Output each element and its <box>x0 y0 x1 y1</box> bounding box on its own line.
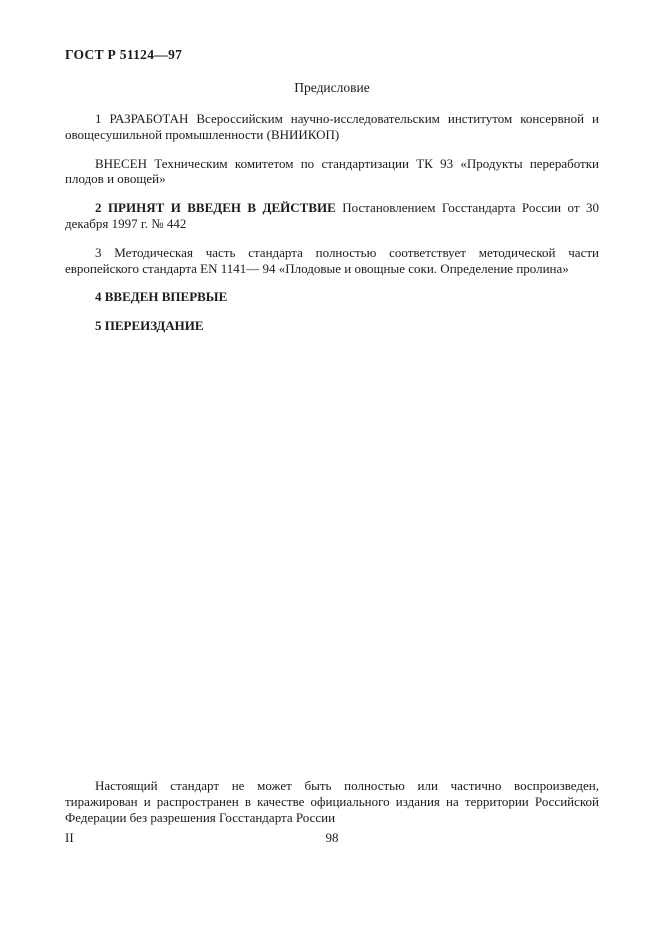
page-footer: II 98 <box>65 830 599 845</box>
page-bottom-block: Настоящий стандарт не может быть полност… <box>65 778 599 845</box>
paragraph-vveden-vpervye: 4 ВВЕДЕН ВПЕРВЫЕ <box>65 289 599 305</box>
paragraph-lead: 4 ВВЕДЕН ВПЕРВЫЕ <box>95 289 227 304</box>
paragraph-metodicheskaya: 3 Методическая часть стандарта полностью… <box>65 245 599 277</box>
paragraph-pereizdanie: 5 ПЕРЕИЗДАНИЕ <box>65 318 599 334</box>
page-content: ГОСТ Р 51124—97 Предисловие 1 РАЗРАБОТАН… <box>65 47 599 347</box>
page-title: Предисловие <box>65 80 599 96</box>
paragraph-prinyat: 2 ПРИНЯТ И ВВЕДЕН В ДЕЙСТВИЕ Постановлен… <box>65 200 599 232</box>
paragraph-lead: 2 ПРИНЯТ И ВВЕДЕН В ДЕЙСТВИЕ <box>95 200 336 215</box>
paragraph-text: 3 Методическая часть стандарта полностью… <box>65 245 599 276</box>
page-number: 98 <box>65 830 599 845</box>
document-page: ГОСТ Р 51124—97 Предисловие 1 РАЗРАБОТАН… <box>0 0 661 936</box>
paragraph-razrabotan: 1 РАЗРАБОТАН Всероссийским научно-исслед… <box>65 111 599 143</box>
paragraph-text: 1 РАЗРАБОТАН Всероссийским научно-исслед… <box>65 111 599 142</box>
paragraph-vnesen: ВНЕСЕН Техническим комитетом по стандарт… <box>65 156 599 188</box>
paragraph-text: ВНЕСЕН Техническим комитетом по стандарт… <box>65 156 599 187</box>
document-header: ГОСТ Р 51124—97 <box>65 47 599 63</box>
copyright-notice: Настоящий стандарт не может быть полност… <box>65 778 599 825</box>
paragraph-lead: 5 ПЕРЕИЗДАНИЕ <box>95 318 204 333</box>
